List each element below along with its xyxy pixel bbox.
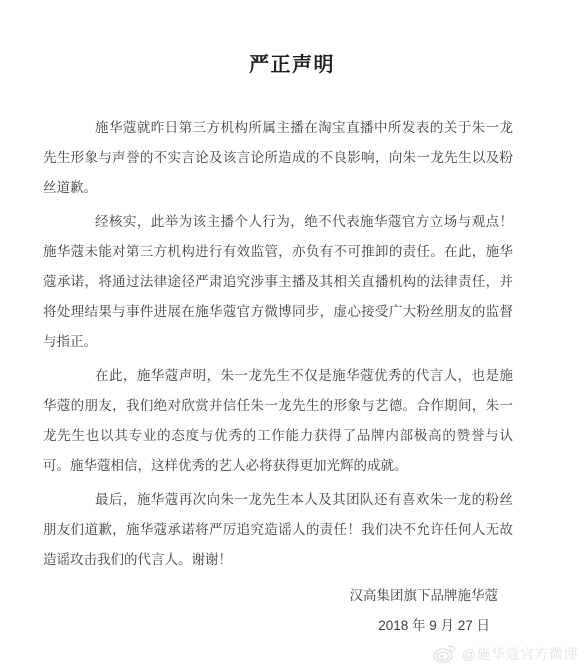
statement-body: 施华蔻就昨日第三方机构所属主播在淘宝直播中所发表的关于朱一龙先生形象与声誉的不实… [43, 113, 513, 575]
statement-paragraph-4: 最后，施华蔻再次向朱一龙先生本人及其团队还有喜欢朱一龙的粉丝朋友们道歉，施华蔻承… [43, 485, 513, 575]
signature-block: 汉高集团旗下品牌施华蔻 2018 年 9 月 27 日 [0, 581, 584, 641]
statement-page: 严正声明 施华蔻就昨日第三方机构所属主播在淘宝直播中所发表的关于朱一龙先生形象与… [0, 0, 584, 671]
watermark-text: @施华蔻官方微博 [462, 644, 578, 664]
statement-paragraph-1: 施华蔻就昨日第三方机构所属主播在淘宝直播中所发表的关于朱一龙先生形象与声誉的不实… [43, 113, 513, 203]
brand-signature: 汉高集团旗下品牌施华蔻 [0, 581, 584, 611]
statement-paragraph-3: 在此，施华蔻声明，朱一龙先生不仅是施华蔻优秀的代言人，也是施华蔻的朋友，我们绝对… [43, 361, 513, 481]
statement-date: 2018 年 9 月 27 日 [0, 611, 584, 641]
weibo-watermark: @施华蔻官方微博 [433, 643, 578, 664]
statement-title: 严正声明 [0, 53, 584, 77]
weibo-icon [433, 643, 457, 664]
statement-paragraph-2: 经核实，此举为该主播个人行为，绝不代表施华蔻官方立场与观点！施华蔻未能对第三方机… [43, 207, 513, 357]
